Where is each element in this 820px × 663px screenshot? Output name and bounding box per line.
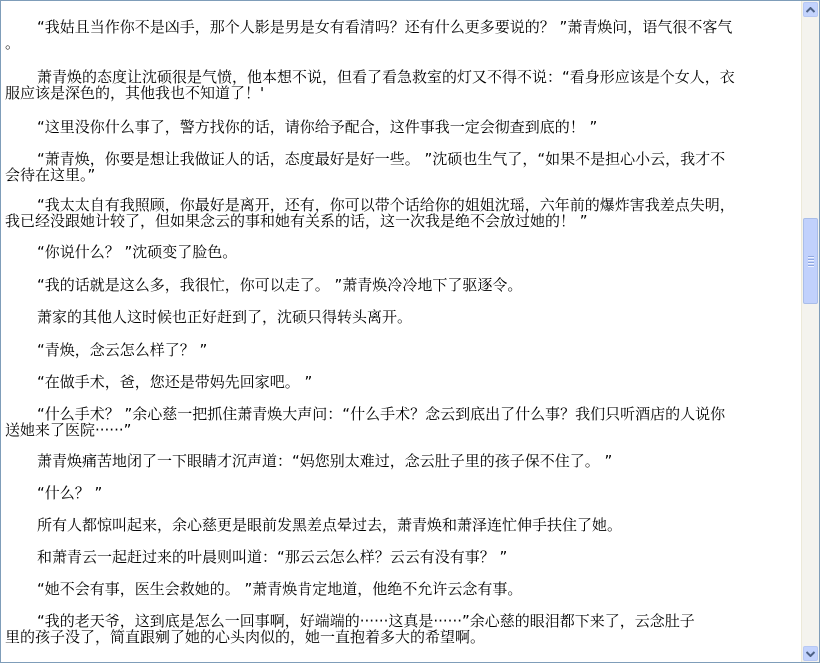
text-line: 和萧青云一起赶过来的叶晨则叫道：“那云云怎么样？云云有没有事？ ”: [5, 549, 801, 565]
paragraph-13: “什么？ ”: [5, 485, 801, 501]
text-line: “什么？ ”: [5, 485, 801, 501]
grip-icon: [808, 256, 814, 268]
chevron-down-icon: [806, 651, 815, 657]
text-line: “我的老天爷，这到底是怎么一回事啊，好端端的······这真是······”余心…: [5, 613, 801, 629]
text-line: “她不会有事，医生会救她的。 ”萧青焕肯定地道，他绝不允许云念有事。: [5, 581, 801, 597]
text-line: “我姑且当作你不是凶手，那个人影是男是女有看清吗？还有什么更多要说的？ ”萧青焕…: [5, 19, 801, 35]
text-line: 萧家的其他人这时候也正好赶到了，沈硕只得转头离开。: [5, 309, 801, 325]
paragraph-5: “我太太自有我照顾，你最好是离开，还有，你可以带个话给你的姐姐沈瑶，六年前的爆炸…: [5, 197, 801, 229]
paragraph-16: “她不会有事，医生会救她的。 ”萧青焕肯定地道，他绝不允许云念有事。: [5, 581, 801, 597]
text-line: 里的孩子没了，简直跟剜了她的心头肉似的，她一直抱着多大的希望啊。: [5, 629, 801, 645]
text-line: “青焕，念云怎么样了？ ”: [5, 342, 801, 358]
text-line: “什么手术？ ”余心慈一把抓住萧青焕大声问：“什么手术？念云到底出了什么事？我们…: [5, 406, 801, 422]
paragraph-9: “青焕，念云怎么样了？ ”: [5, 342, 801, 358]
reader-window: “我姑且当作你不是凶手，那个人影是男是女有看清吗？还有什么更多要说的？ ”萧青焕…: [0, 0, 820, 663]
vertical-scrollbar[interactable]: [801, 1, 819, 662]
text-line: “萧青焕，你要是想让我做证人的话，态度最好是好一些。 ”沈硕也生气了，“如果不是…: [5, 151, 801, 167]
paragraph-8: 萧家的其他人这时候也正好赶到了，沈硕只得转头离开。: [5, 309, 801, 325]
paragraph-2: 萧青焕的态度让沈硕很是气愤，他本想不说，但看了看急救室的灯又不得不说：“看身形应…: [5, 69, 801, 101]
text-line: “我的话就是这么多，我很忙，你可以走了。 ”萧青焕冷冷地下了驱逐令。: [5, 277, 801, 293]
text-line: “你说什么？ ”沈硕变了脸色。: [5, 244, 801, 260]
text-line: 萧青焕痛苦地闭了一下眼睛才沉声道：“妈您别太难过，念云肚子里的孩子保不住了。 ”: [5, 453, 801, 469]
text-line: 送她来了医院······”: [5, 422, 801, 438]
text-line: 所有人都惊叫起来，余心慈更是眼前发黑差点晕过去，萧青焕和萧泽连忙伸手扶住了她。: [5, 517, 801, 533]
text-line: “在做手术，爸，您还是带妈先回家吧。 ”: [5, 374, 801, 390]
text-line: “我太太自有我照顾，你最好是离开，还有，你可以带个话给你的姐姐沈瑶，六年前的爆炸…: [5, 197, 801, 213]
paragraph-14: 所有人都惊叫起来，余心慈更是眼前发黑差点晕过去，萧青焕和萧泽连忙伸手扶住了她。: [5, 517, 801, 533]
paragraph-12: 萧青焕痛苦地闭了一下眼睛才沉声道：“妈您别太难过，念云肚子里的孩子保不住了。 ”: [5, 453, 801, 469]
paragraph-11: “什么手术？ ”余心慈一把抓住萧青焕大声问：“什么手术？念云到底出了什么事？我们…: [5, 406, 801, 438]
document-content: “我姑且当作你不是凶手，那个人影是男是女有看清吗？还有什么更多要说的？ ”萧青焕…: [1, 1, 803, 662]
text-line: 萧青焕的态度让沈硕很是气愤，他本想不说，但看了看急救室的灯又不得不说：“看身形应…: [5, 69, 801, 85]
scroll-thumb[interactable]: [803, 218, 818, 304]
paragraph-7: “我的话就是这么多，我很忙，你可以走了。 ”萧青焕冷冷地下了驱逐令。: [5, 277, 801, 293]
text-line: “这里没你什么事了，警方找你的话，请你给予配合，这件事我一定会彻查到底的！ ”: [5, 119, 801, 135]
text-line: 。: [5, 35, 801, 51]
paragraph-4: “萧青焕，你要是想让我做证人的话，态度最好是好一些。 ”沈硕也生气了，“如果不是…: [5, 151, 801, 183]
paragraph-17: “我的老天爷，这到底是怎么一回事啊，好端端的······这真是······”余心…: [5, 613, 801, 645]
text-line: 服应该是深色的，其他我也不知道了！': [5, 85, 801, 101]
scroll-down-button[interactable]: [803, 646, 818, 661]
paragraph-10: “在做手术，爸，您还是带妈先回家吧。 ”: [5, 374, 801, 390]
text-line: 会待在这里。”: [5, 167, 801, 183]
chevron-up-icon: [806, 7, 815, 13]
scroll-up-button[interactable]: [803, 2, 818, 17]
paragraph-3: “这里没你什么事了，警方找你的话，请你给予配合，这件事我一定会彻查到底的！ ”: [5, 119, 801, 135]
paragraph-1: “我姑且当作你不是凶手，那个人影是男是女有看清吗？还有什么更多要说的？ ”萧青焕…: [5, 19, 801, 51]
text-line: 我已经没跟她计较了，但如果念云的事和她有关系的话，这一次我是绝不会放过她的！ ”: [5, 213, 801, 229]
paragraph-6: “你说什么？ ”沈硕变了脸色。: [5, 244, 801, 260]
paragraph-15: 和萧青云一起赶过来的叶晨则叫道：“那云云怎么样？云云有没有事？ ”: [5, 549, 801, 565]
